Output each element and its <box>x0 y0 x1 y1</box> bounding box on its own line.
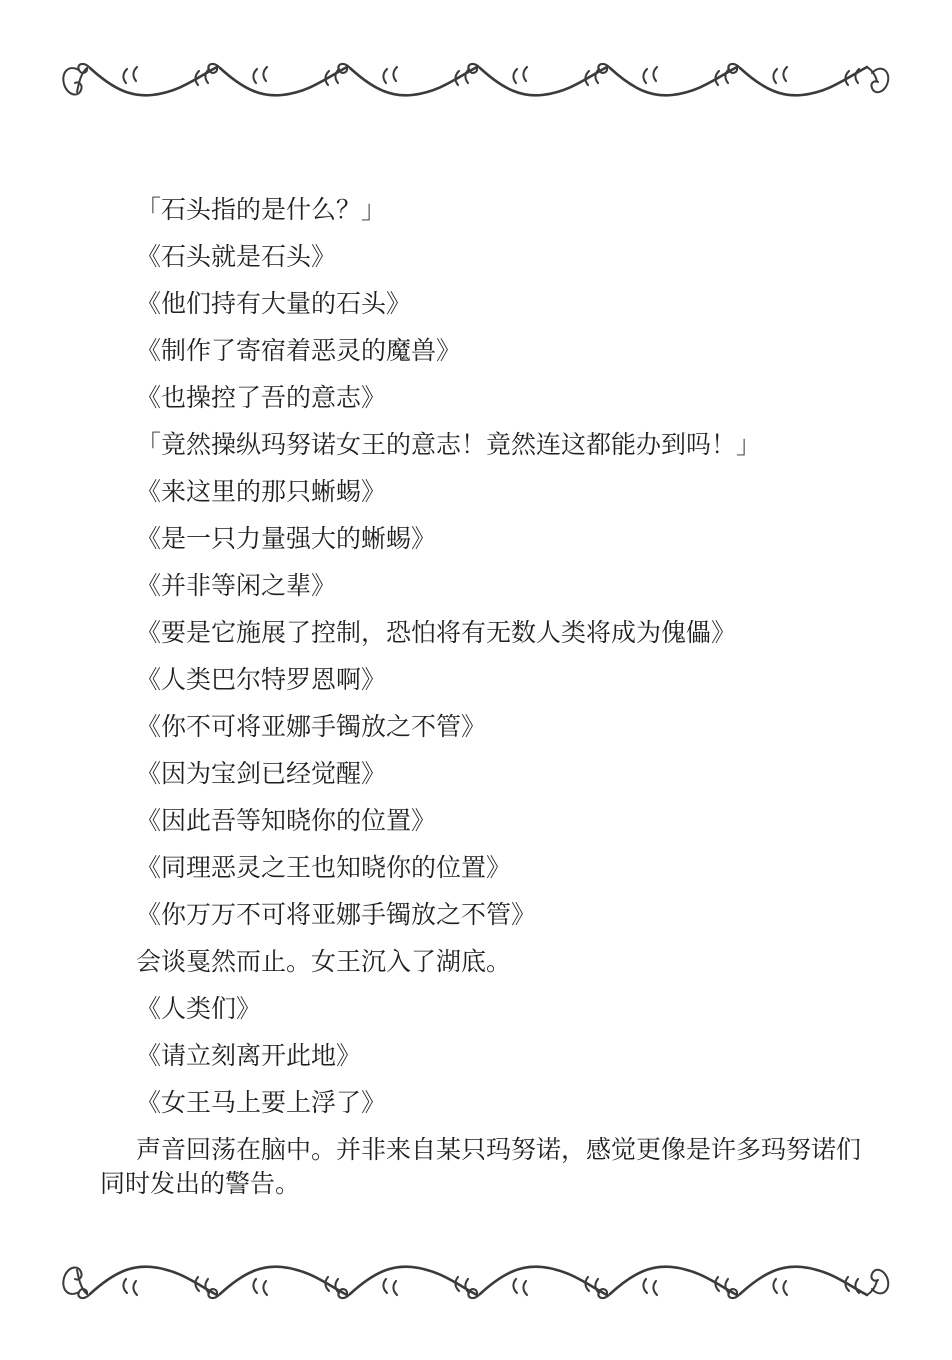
paragraph: 《他们持有大量的石头》 <box>100 288 866 322</box>
paragraph: 《人类们》 <box>100 993 866 1027</box>
paragraph: 《你不可将亚娜手镯放之不管》 <box>100 711 866 745</box>
paragraph: 《同理恶灵之王也知晓你的位置》 <box>100 852 866 886</box>
paragraph: 声音回荡在脑中。并非来自某只玛努诺，感觉更像是许多玛努诺们同时发出的警告。 <box>100 1134 866 1202</box>
paragraph: 《是一只力量强大的蜥蜴》 <box>100 523 866 557</box>
paragraph: 《因此吾等知晓你的位置》 <box>100 805 866 839</box>
paragraph: 「竟然操纵玛努诺女王的意志！竟然连这都能办到吗！」 <box>100 429 866 463</box>
paragraph: 《人类巴尔特罗恩啊》 <box>100 664 866 698</box>
paragraph: 《女王马上要上浮了》 <box>100 1087 866 1121</box>
paragraph: 《制作了寄宿着恶灵的魔兽》 <box>100 335 866 369</box>
book-page: 「石头指的是什么？」 《石头就是石头》 《他们持有大量的石头》 《制作了寄宿着恶… <box>0 0 952 1360</box>
paragraph: 《也操控了吾的意志》 <box>100 382 866 416</box>
paragraph: 《要是它施展了控制，恐怕将有无数人类将成为傀儡》 <box>100 617 866 651</box>
paragraph: 《并非等闲之辈》 <box>100 570 866 604</box>
paragraph: 《因为宝剑已经觉醒》 <box>100 758 866 792</box>
flourish-divider-bottom-icon <box>60 1260 892 1306</box>
paragraph: 《请立刻离开此地》 <box>100 1040 866 1074</box>
paragraph: 《来这里的那只蜥蜴》 <box>100 476 866 510</box>
paragraph: 《石头就是石头》 <box>100 241 866 275</box>
paragraph: 「石头指的是什么？」 <box>100 194 866 228</box>
text-content: 「石头指的是什么？」 《石头就是石头》 《他们持有大量的石头》 《制作了寄宿着恶… <box>100 194 866 1215</box>
paragraph: 《你万万不可将亚娜手镯放之不管》 <box>100 899 866 933</box>
paragraph: 会谈戛然而止。女王沉入了湖底。 <box>100 946 866 980</box>
flourish-divider-top-icon <box>60 56 892 102</box>
